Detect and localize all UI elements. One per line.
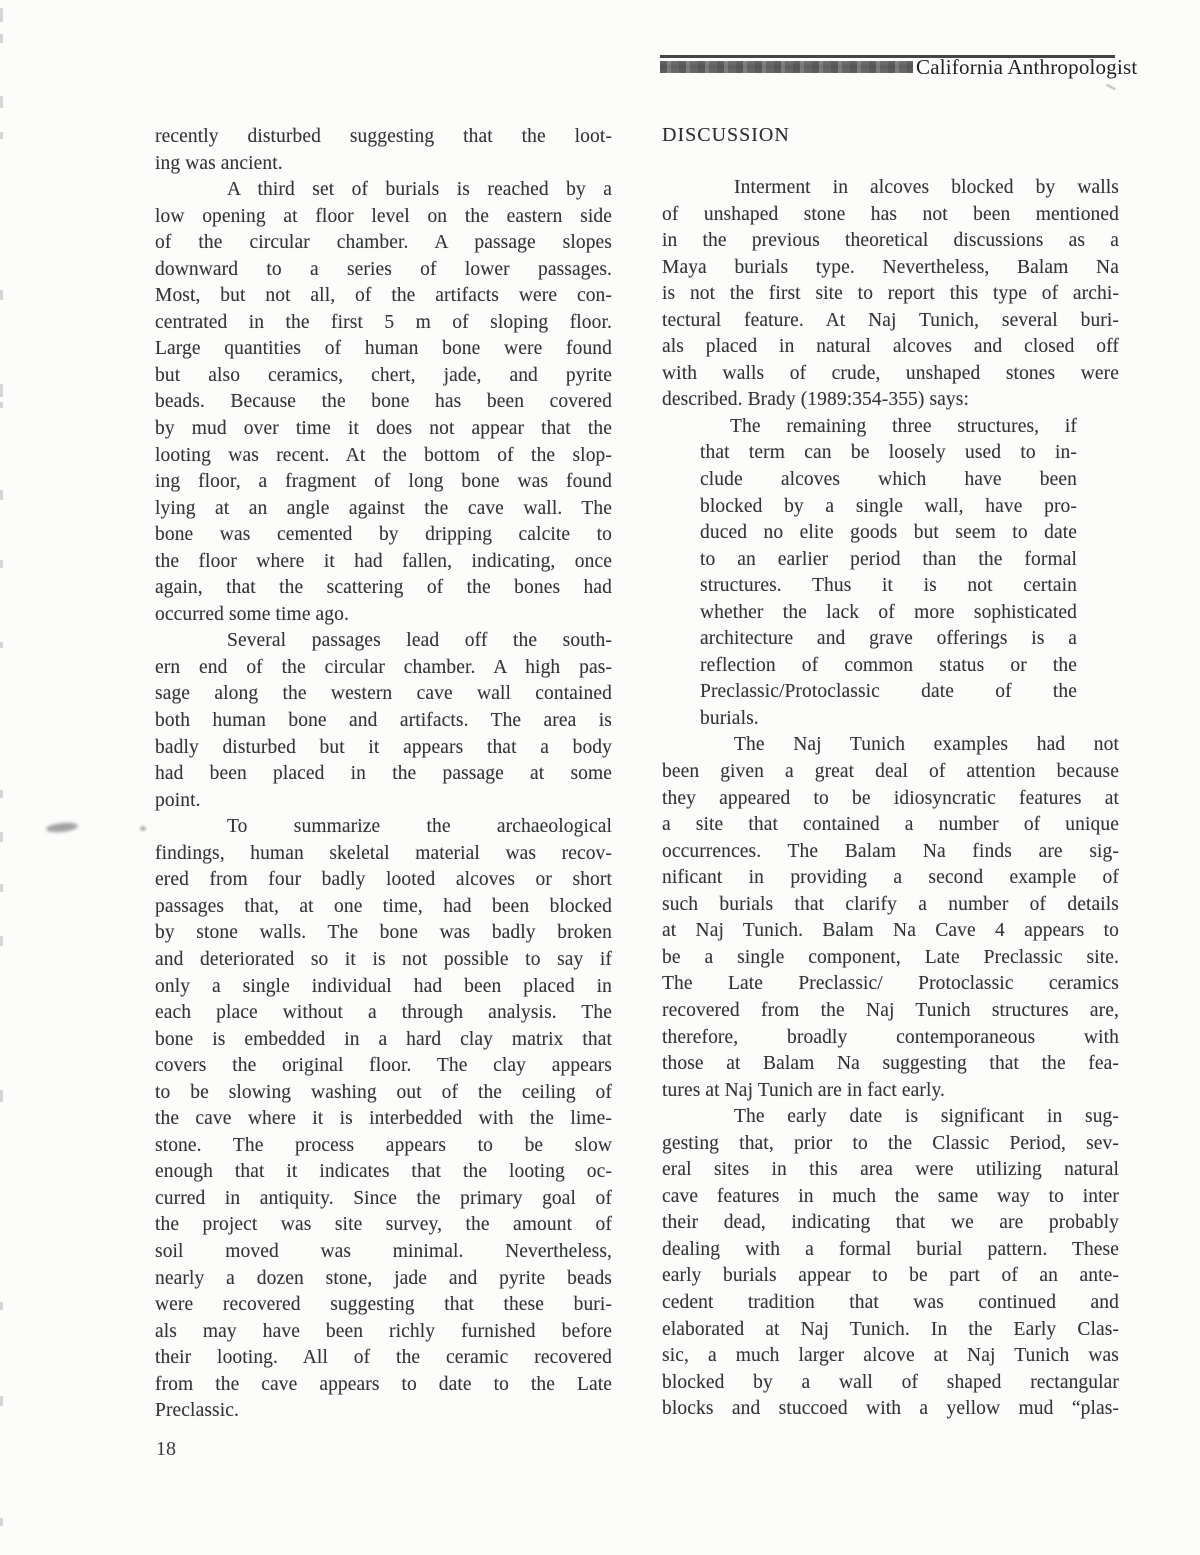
text-line: tures at Naj Tunich are in fact early. [662,1078,1119,1105]
scan-smudge [46,821,79,833]
scan-edge-mark [0,132,3,139]
text-line: again, that the scattering of the bones … [155,575,612,602]
scan-edge-mark [0,384,3,397]
text-line: ered from four badly looted alcoves or s… [155,867,612,894]
text-line: point. [155,788,612,815]
text-line: only a single individual had been placed… [155,974,612,1001]
text-line: be a single component, Late Preclassic s… [662,945,1119,972]
text-line: occurrences. The Balam Na finds are sig- [662,839,1119,866]
text-line: at Naj Tunich. Balam Na Cave 4 appears t… [662,918,1119,945]
text-line: and deteriorated so it is not possible t… [155,947,612,974]
text-line: stone. The process appears to be slow [155,1133,612,1160]
right-column-body: Interment in alcoves blocked by wallsof … [662,175,1119,1423]
text-line: recovered from the Naj Tunich structures… [662,998,1119,1025]
text-line: Preclassic/Protoclassic date of the [700,679,1077,706]
scan-edge-mark [0,8,3,22]
text-line: of unshaped stone has not been mentioned [662,202,1119,229]
scan-edge-mark [0,290,3,300]
left-text-column: recently disturbed suggesting that the l… [155,124,612,1425]
text-line: cedent tradition that was continued and [662,1290,1119,1317]
text-line: whether the lack of more sophisticated [700,600,1077,627]
scan-edge-mark [0,96,3,108]
text-line: early burials appear to be part of an an… [662,1263,1119,1290]
text-line: findings, human skeletal material was re… [155,841,612,868]
journal-title: California Anthropologist [916,54,1116,80]
header-decorative-bar [660,61,913,73]
text-line: therefore, broadly contemporaneous with [662,1025,1119,1052]
text-line: the floor where it had fallen, indicatin… [155,549,612,576]
text-line: The early date is significant in sug- [662,1104,1119,1131]
text-line: als may have been richly furnished befor… [155,1319,612,1346]
text-line: als placed in natural alcoves and closed… [662,334,1119,361]
text-line: eral sites in this area were utilizing n… [662,1157,1119,1184]
scan-edge-mark [0,490,3,500]
text-line: sage along the western cave wall contain… [155,681,612,708]
text-line: badly disturbed but it appears that a bo… [155,735,612,762]
text-line: soil moved was minimal. Nevertheless, [155,1239,612,1266]
text-line: recently disturbed suggesting that the l… [155,124,612,151]
discussion-heading: DISCUSSION [662,122,1119,149]
text-line: by mud over time it does not appear that… [155,416,612,443]
text-line: cave features in much the same way to in… [662,1184,1119,1211]
text-line: Large quantities of human bone were foun… [155,336,612,363]
text-line: the cave where it is interbedded with th… [155,1106,612,1133]
text-line: gesting that, prior to the Classic Perio… [662,1131,1119,1158]
scanned-journal-page: California Anthropologist recently distu… [0,0,1200,1555]
scan-edge-mark [0,402,3,408]
text-line: Several passages lead off the south- [155,628,612,655]
scan-edge-mark [0,1396,3,1406]
text-line: tectural feature. At Naj Tunich, several… [662,308,1119,335]
text-line: downward to a series of lower passages. [155,257,612,284]
text-line: The remaining three structures, if [700,414,1077,441]
scan-edge-mark [0,560,3,568]
text-line: The Late Preclassic/ Protoclassic cerami… [662,971,1119,998]
text-line: Maya burials type. Nevertheless, Balam N… [662,255,1119,282]
scan-corner-tick [1106,84,1116,90]
text-line: To summarize the archaeological [155,814,612,841]
text-line: occurred some time ago. [155,602,612,629]
scan-edge-mark [0,1302,3,1310]
page-number: 18 [156,1438,176,1461]
text-line: their looting. All of the ceramic recove… [155,1345,612,1372]
text-line: they appeared to be idiosyncratic featur… [662,786,1119,813]
text-line: both human bone and artifacts. The area … [155,708,612,735]
scan-edge-mark [0,1518,3,1526]
text-line: nificant in providing a second example o… [662,865,1119,892]
text-line: architecture and grave offerings is a [700,626,1077,653]
text-line: blocked by a wall of shaped rectangular [662,1370,1119,1397]
text-line: duced no elite goods but seem to date [700,520,1077,547]
text-line: dealing with a formal burial pattern. Th… [662,1237,1119,1264]
text-line: had been placed in the passage at some [155,761,612,788]
text-line: of the circular chamber. A passage slope… [155,230,612,257]
text-line: in the previous theoretical discussions … [662,228,1119,255]
scan-edge-mark [0,1090,3,1102]
text-line: blocks and stuccoed with a yellow mud “p… [662,1396,1119,1423]
text-line: that term can be loosely used to in- [700,440,1077,467]
text-line: were recovered suggesting that these bur… [155,1292,612,1319]
text-line: passages that, at one time, had been blo… [155,894,612,921]
scan-edge-mark [0,936,3,946]
text-line: centrated in the first 5 m of sloping fl… [155,310,612,337]
text-line: low opening at floor level on the easter… [155,204,612,231]
scan-edge-mark [0,832,3,842]
text-line: bone is embedded in a hard clay matrix t… [155,1027,612,1054]
text-line: ing was ancient. [155,151,612,178]
text-line: such burials that clarify a number of de… [662,892,1119,919]
text-line: structures. Thus it is not certain [700,573,1077,600]
text-line: blocked by a single wall, have pro- [700,494,1077,521]
text-line: A third set of burials is reached by a [155,177,612,204]
text-line: their dead, indicating that we are proba… [662,1210,1119,1237]
text-line: the project was site survey, the amount … [155,1212,612,1239]
scan-edge-mark [0,34,3,43]
text-line: is not the first site to report this typ… [662,281,1119,308]
text-line: ern end of the circular chamber. A high … [155,655,612,682]
text-line: to an earlier period than the formal [700,547,1077,574]
right-text-column: DISCUSSION Interment in alcoves blocked … [662,122,1119,1423]
text-line: Most, but not all, of the artifacts were… [155,283,612,310]
text-line: by stone walls. The bone was badly broke… [155,920,612,947]
text-line: ing floor, a fragment of long bone was f… [155,469,612,496]
scan-edge-mark [0,790,3,798]
text-line: clude alcoves which have been [700,467,1077,494]
text-line: nearly a dozen stone, jade and pyrite be… [155,1266,612,1293]
text-line: enough that it indicates that the lootin… [155,1159,612,1186]
text-line: those at Balam Na suggesting that the fe… [662,1051,1119,1078]
text-line: each place without a through analysis. T… [155,1000,612,1027]
text-line: elaborated at Naj Tunich. In the Early C… [662,1317,1119,1344]
text-line: a site that contained a number of unique [662,812,1119,839]
text-line: curred in antiquity. Since the primary g… [155,1186,612,1213]
text-line: covers the original floor. The clay appe… [155,1053,612,1080]
text-line: Interment in alcoves blocked by walls [662,175,1119,202]
text-line: burials. [700,706,1077,733]
text-line: with walls of crude, unshaped stones wer… [662,361,1119,388]
scan-edge-mark [0,884,3,892]
text-line: beads. Because the bone has been covered [155,389,612,416]
text-line: from the cave appears to date to the Lat… [155,1372,612,1399]
scan-edge-mark [0,642,3,648]
text-line: bone was cemented by dripping calcite to [155,522,612,549]
text-line: sic, a much larger alcove at Naj Tunich … [662,1343,1119,1370]
text-line: reflection of common status or the [700,653,1077,680]
text-line: described. Brady (1989:354-355) says: [662,387,1119,414]
scan-smudge-dot [140,826,146,831]
text-line: to be slowing washing out of the ceiling… [155,1080,612,1107]
text-line: but also ceramics, chert, jade, and pyri… [155,363,612,390]
text-line: been given a great deal of attention bec… [662,759,1119,786]
text-line: lying at an angle against the cave wall.… [155,496,612,523]
text-line: Preclassic. [155,1398,612,1425]
text-line: The Naj Tunich examples had not [662,732,1119,759]
text-line: looting was recent. At the bottom of the… [155,443,612,470]
